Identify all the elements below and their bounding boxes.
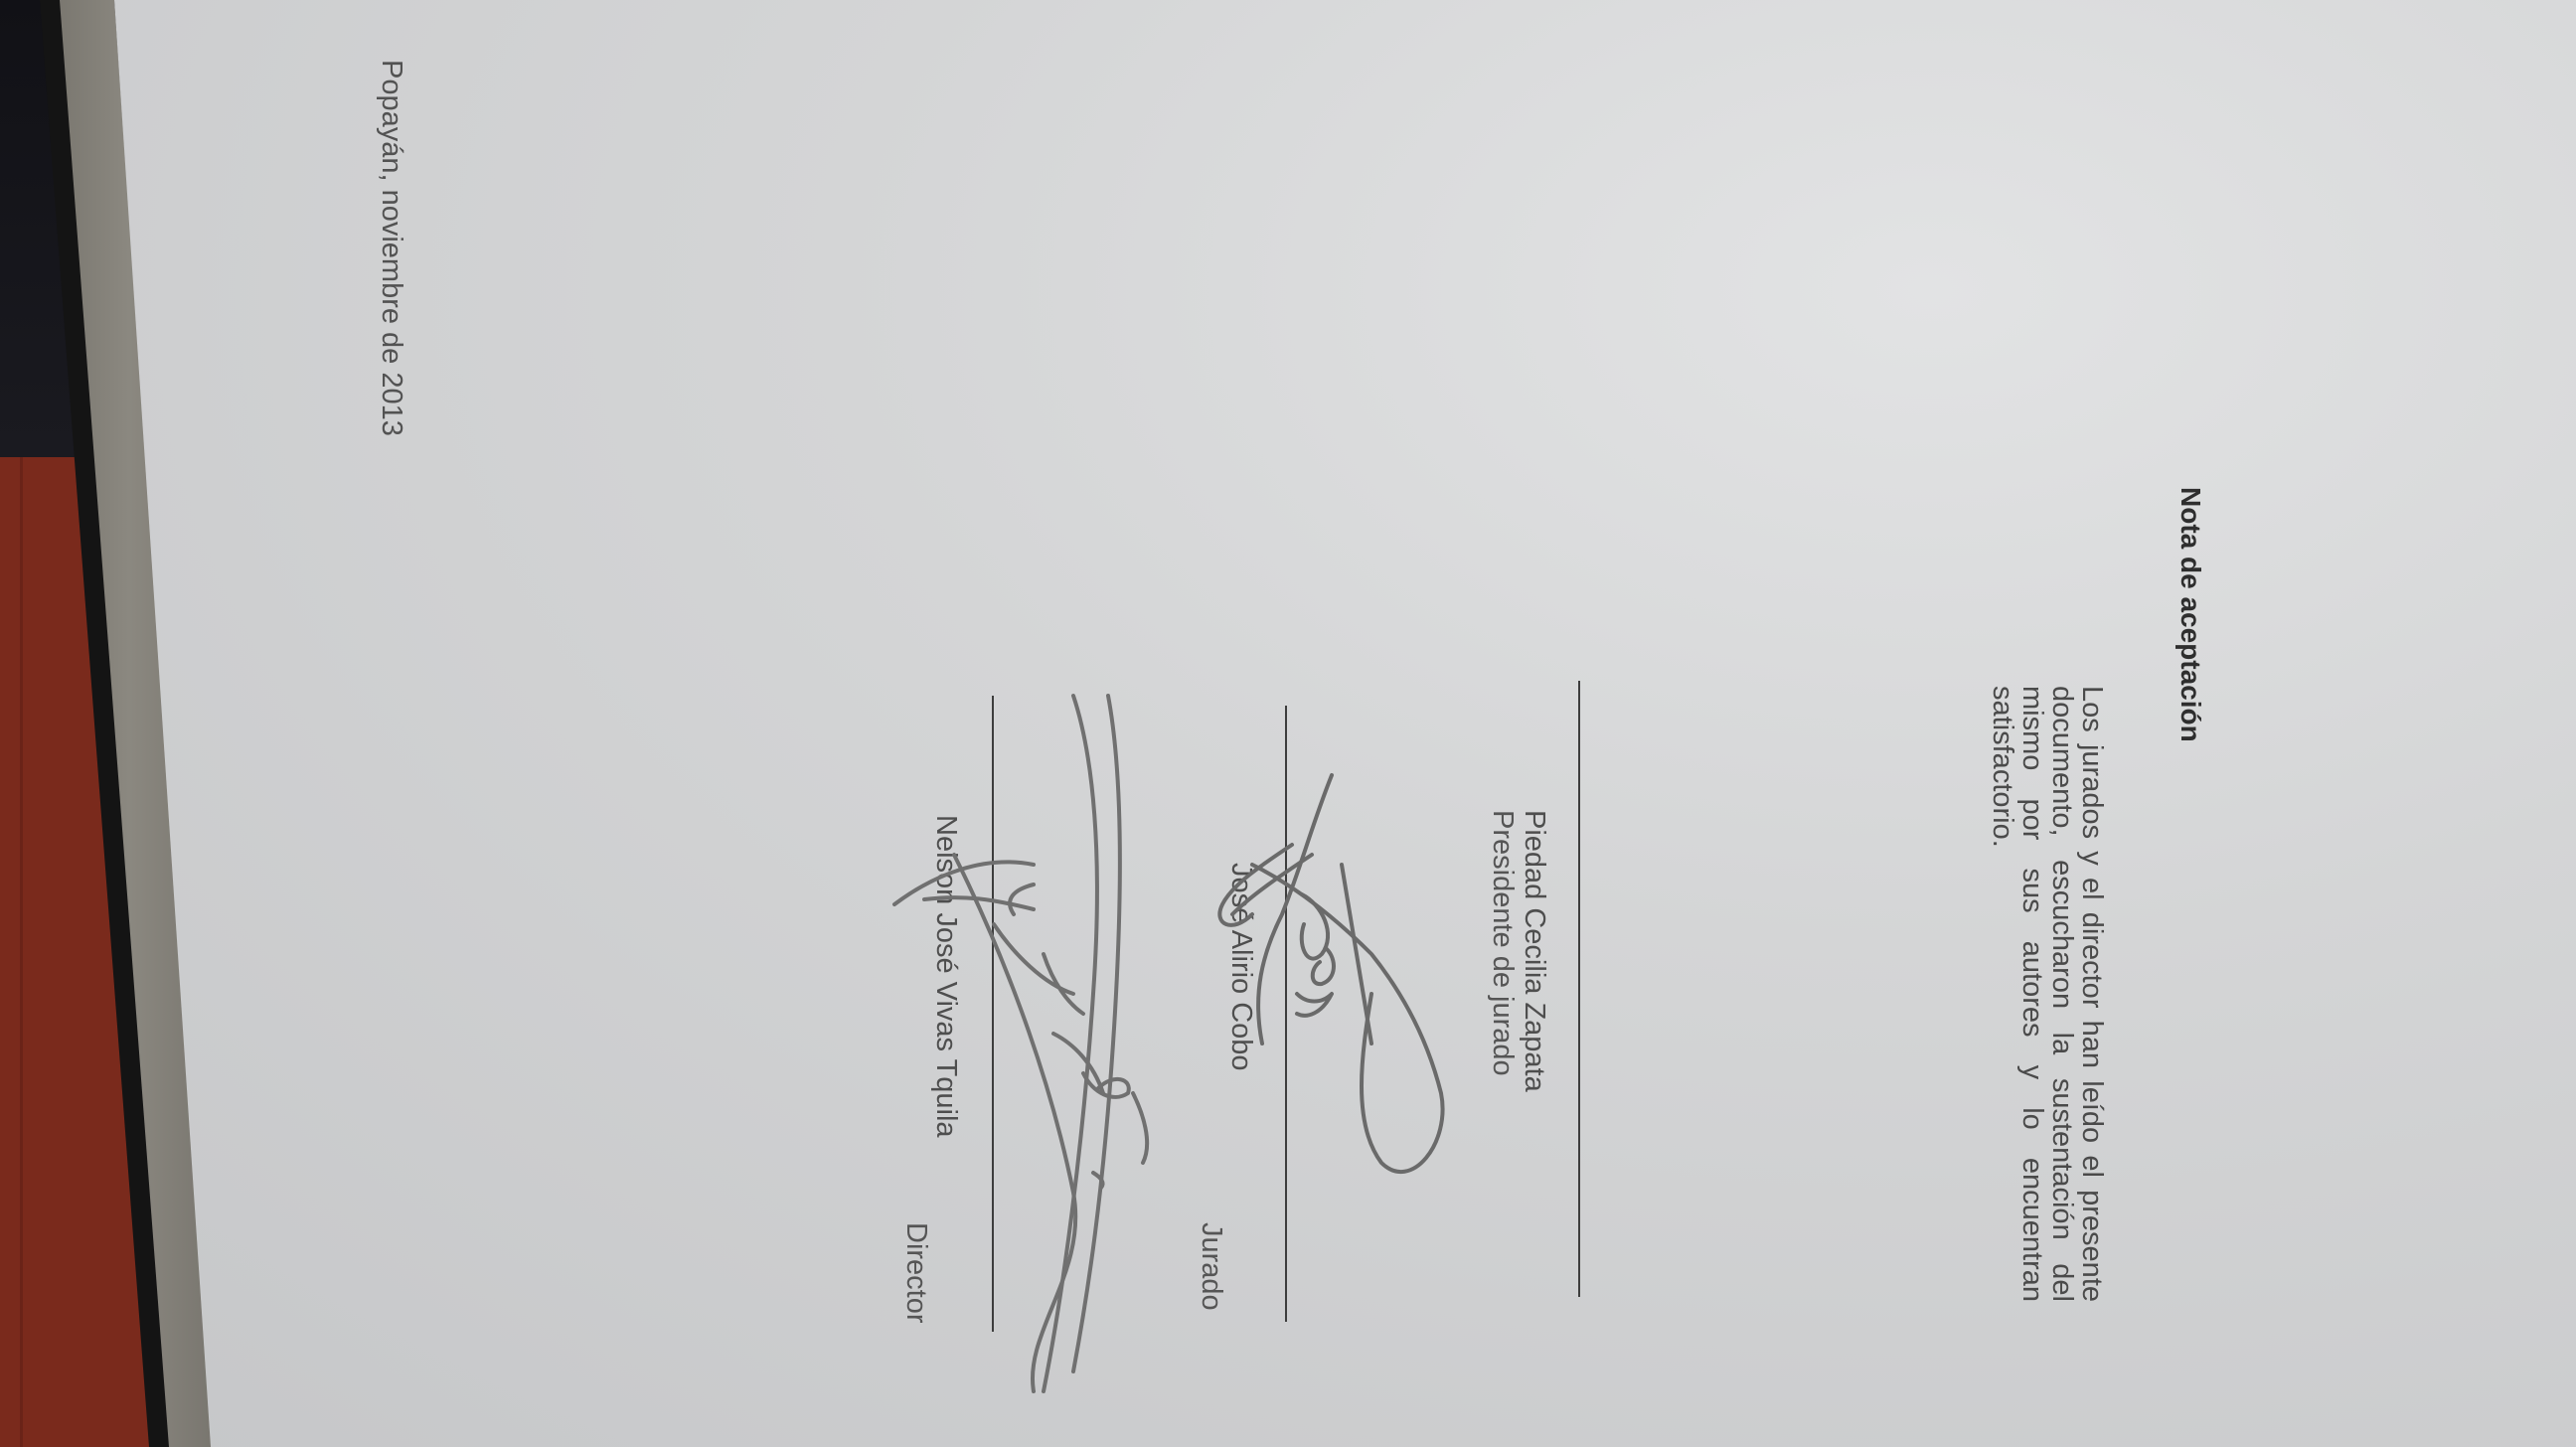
signature-line bbox=[992, 696, 994, 1332]
signature-line bbox=[1285, 706, 1287, 1322]
signatory-role: Presidente de jurado bbox=[1486, 810, 1519, 1076]
page-title: Nota de aceptación bbox=[2174, 487, 2206, 742]
signatory-name: Nelson José Vivas Tquila bbox=[929, 815, 962, 1138]
signatory-role: Jurado bbox=[1195, 1222, 1227, 1311]
signature-line bbox=[1578, 681, 1580, 1297]
document-content: Nota de aceptación Los jurados y el dire… bbox=[0, 0, 2186, 1447]
signatory-name: José Alirio Cobo bbox=[1224, 863, 1257, 1071]
signatory-role: Director bbox=[899, 1222, 932, 1324]
place-date: Popayán, noviembre de 2013 bbox=[375, 60, 407, 436]
acceptance-text: Los jurados y el director han leído el p… bbox=[1988, 686, 2107, 1302]
signatory-name: Piedad Cecilia Zapata bbox=[1518, 810, 1550, 1092]
